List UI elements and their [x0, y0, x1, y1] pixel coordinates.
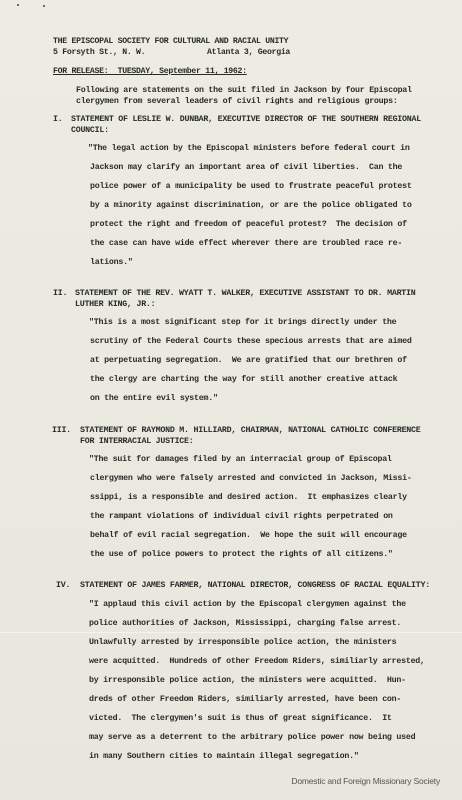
quote-line: clergymen who were falsely arrested and … [90, 474, 412, 483]
org-name: THE EPISCOPAL SOCIETY FOR CULTURAL AND R… [53, 37, 288, 46]
quote-line: in many Southern cities to maintain ille… [89, 752, 359, 761]
document-page: THE EPISCOPAL SOCIETY FOR CULTURAL AND R… [0, 0, 462, 800]
quote-line: "The suit for damages filed by an interr… [89, 455, 392, 464]
punch-mark [17, 4, 19, 6]
quote-line: "I applaud this civil action by the Epis… [89, 600, 406, 609]
section-numeral: IV. [56, 581, 70, 590]
section-heading: LUTHER KING, JR.: [75, 300, 155, 309]
quote-line: police authorities of Jackson, Mississip… [89, 619, 401, 628]
intro-line: clergymen from several leaders of civil … [76, 97, 398, 106]
section-heading: STATEMENT OF RAYMOND M. HILLIARD, CHAIRM… [80, 426, 420, 435]
quote-line: may serve as a deterrent to the arbitrar… [89, 733, 415, 742]
section-numeral: III. [52, 426, 71, 435]
quote-line: dreds of other Freedom Riders, similiarl… [89, 695, 401, 704]
source-watermark: Domestic and Foreign Missionary Society [291, 776, 440, 786]
quote-line: by irresponsible police action, the mini… [89, 676, 406, 685]
quote-line: Jackson may clarify an important area of… [90, 163, 402, 172]
quote-line: Unlawfully arrested by irresponsible pol… [89, 638, 396, 647]
quote-line: the case can have wide effect wherever t… [90, 239, 402, 248]
quote-line: on the entire evil system." [90, 394, 218, 403]
quote-line: "The legal action by the Episcopal minis… [88, 144, 410, 153]
quote-line: lations." [90, 258, 133, 267]
section-heading: FOR INTERRACIAL JUSTICE: [80, 437, 194, 446]
quote-line: police power of a municipality be used t… [90, 182, 412, 191]
org-address: 5 Forsyth St., N. W. [53, 48, 145, 57]
paper-fold [0, 632, 462, 633]
quote-line: at perpetuating segregation. We are grat… [90, 356, 407, 365]
quote-line: behalf of evil racial segregation. We ho… [90, 531, 407, 540]
section-numeral: II. [53, 289, 67, 298]
quote-line: "This is a most significant step for it … [89, 318, 396, 327]
section-heading: COUNCIL: [71, 126, 109, 135]
quote-line: protect the right and freedom of peacefu… [90, 220, 407, 229]
section-heading: STATEMENT OF JAMES FARMER, NATIONAL DIRE… [80, 581, 430, 590]
section-numeral: I. [53, 115, 62, 124]
quote-line: victed. The clergymen's suit is thus of … [89, 714, 392, 723]
intro-line: Following are statements on the suit fil… [76, 86, 412, 95]
section-heading: STATEMENT OF THE REV. WYATT T. WALKER, E… [75, 289, 415, 298]
quote-line: ssippi, is a responsible and desired act… [90, 493, 407, 502]
release-date: FOR RELEASE: TUESDAY, September 11, 1962… [53, 67, 247, 76]
org-city: Atlanta 3, Georgia [207, 48, 290, 57]
quote-line: the use of police powers to protect the … [90, 550, 393, 559]
quote-line: scrutiny of the Federal Courts these spe… [90, 337, 412, 346]
section-heading: STATEMENT OF LESLIE W. DUNBAR, EXECUTIVE… [71, 115, 421, 124]
quote-line: by a minority against discrimination, or… [90, 201, 412, 210]
punch-mark [43, 5, 45, 7]
quote-line: the clergy are charting the way for stil… [90, 375, 397, 384]
quote-line: were acquitted. Hundreds of other Freedo… [89, 657, 425, 666]
quote-line: the rampant violations of individual civ… [90, 512, 393, 521]
